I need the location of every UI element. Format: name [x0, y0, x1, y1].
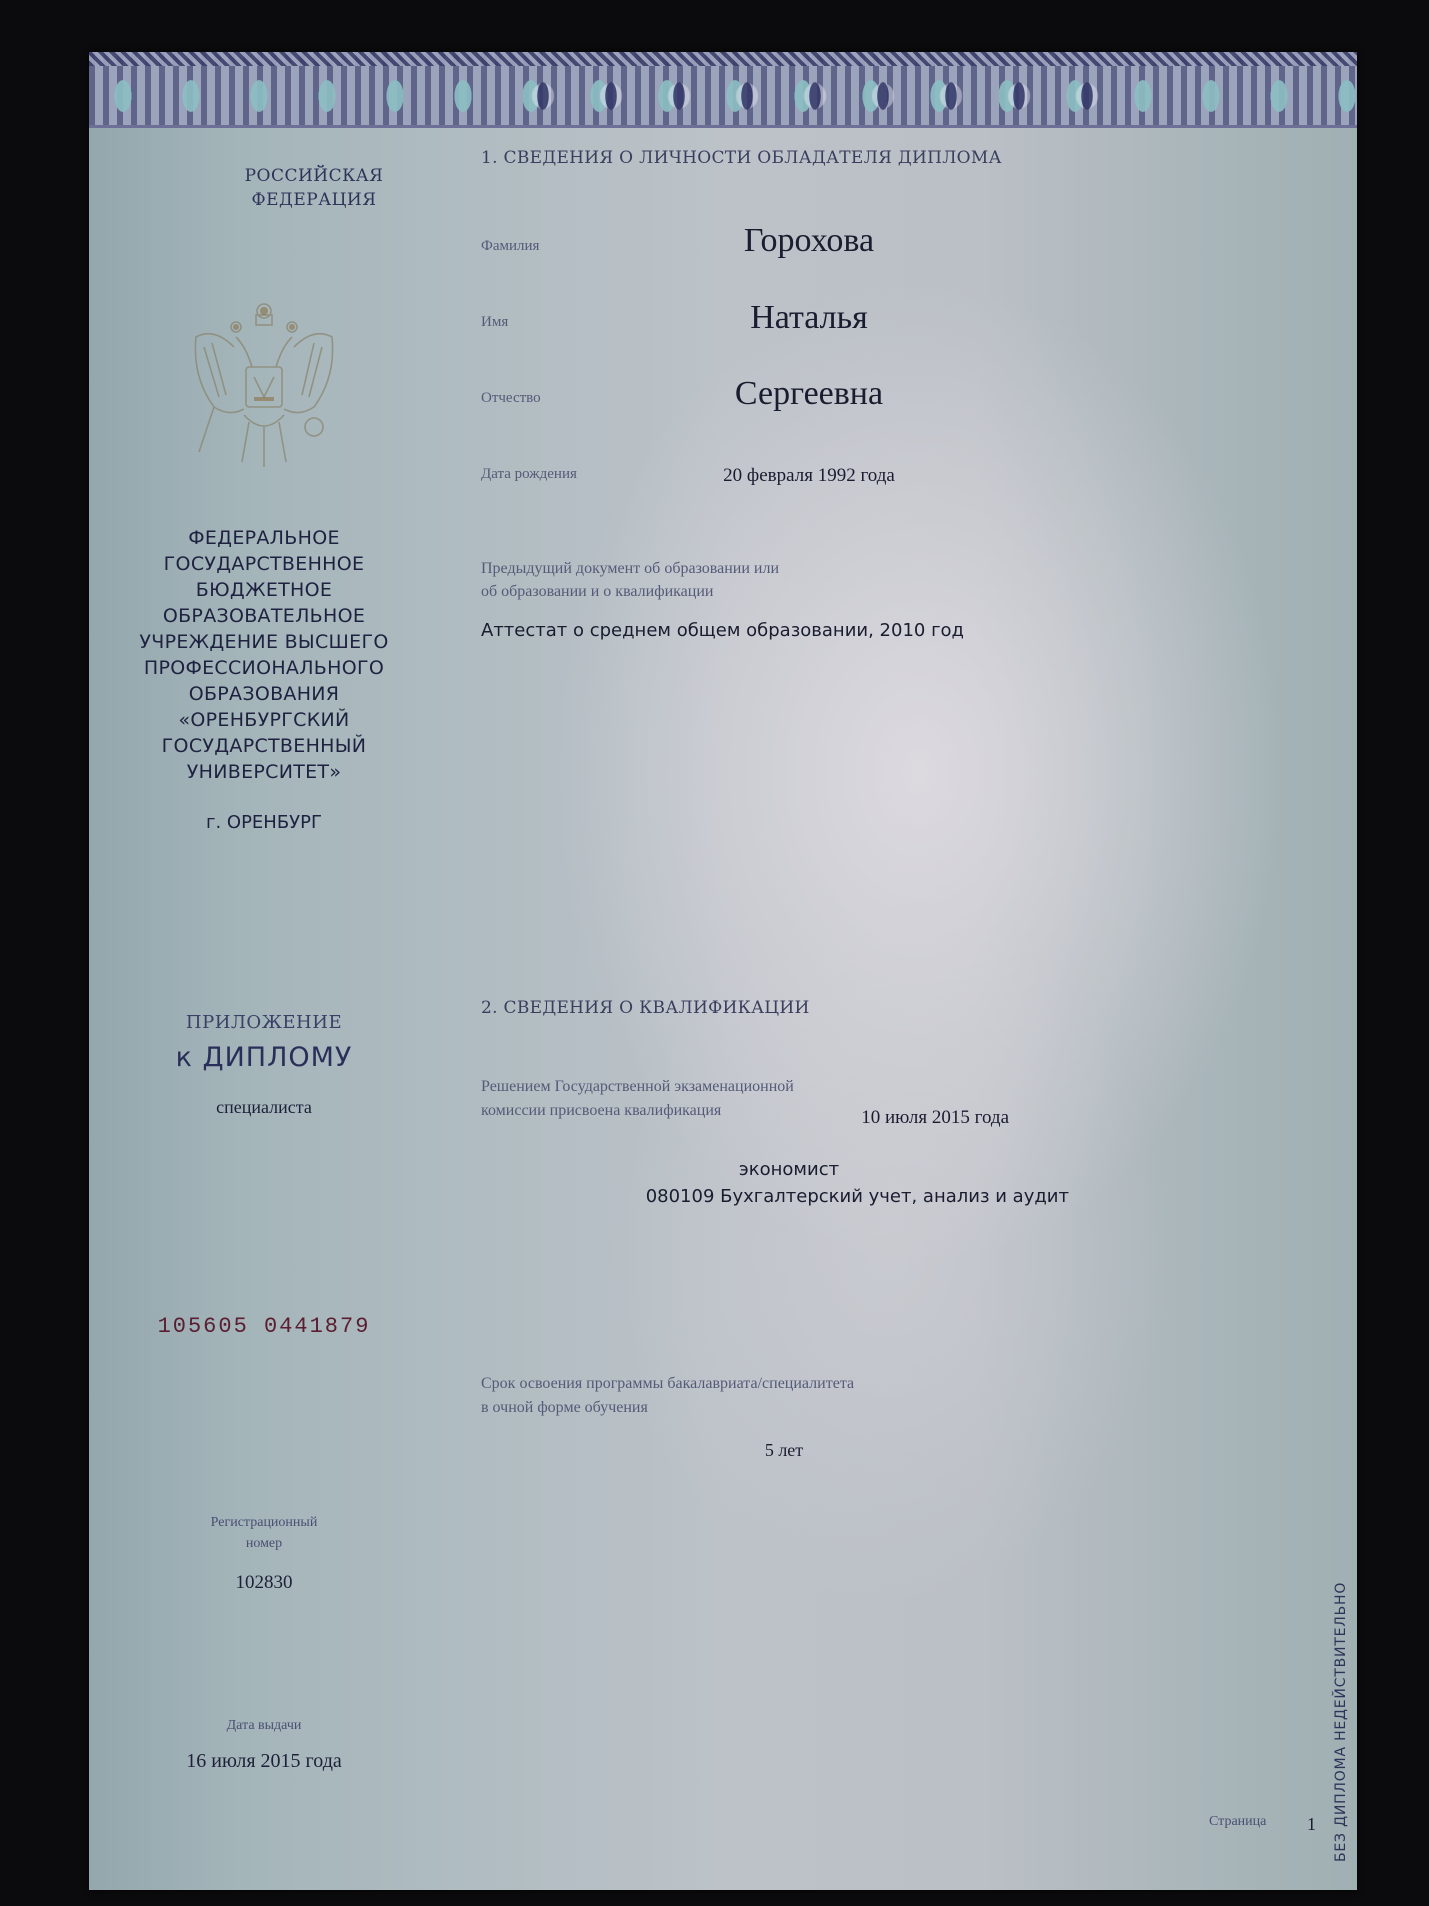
study-duration-label-line: в очной форме обучения — [481, 1396, 1001, 1420]
page-number: 1 — [1307, 1814, 1316, 1835]
institution-line: «ОРЕНБУРГСКИЙ — [109, 707, 419, 733]
study-duration-value: 5 лет — [609, 1440, 959, 1461]
decision-date: 10 июля 2015 года — [709, 1107, 1009, 1129]
birth-date-label: Дата рождения — [481, 466, 577, 483]
lace-pattern — [89, 52, 1357, 66]
birth-date-value: 20 февраля 1992 года — [609, 465, 1009, 487]
registration-number: 102830 — [129, 1572, 399, 1594]
previous-document-label-line: Предыдущий документ об образовании или — [481, 557, 931, 580]
page-label: Страница — [1209, 1814, 1266, 1830]
previous-document-value: Аттестат о среднем общем образовании, 20… — [481, 620, 964, 641]
registration-label-line: номер — [129, 1533, 399, 1554]
annex-title: ПРИЛОЖЕНИЕ — [129, 1012, 399, 1033]
specialty: 080109 Бухгалтерский учет, анализ и ауди… — [509, 1186, 1069, 1207]
country-line: РОССИЙСКАЯ — [189, 164, 439, 188]
institution-line: ОБРАЗОВАТЕЛЬНОЕ — [109, 603, 419, 629]
patronymic-value: Сергеевна — [609, 375, 1009, 413]
institution-line: УЧРЕЖДЕНИЕ ВЫСШЕГО — [109, 629, 419, 655]
registration-label: Регистрационный номер — [129, 1512, 399, 1554]
institution-line: ФЕДЕРАЛЬНОЕ — [109, 525, 419, 551]
institution-line: ГОСУДАРСТВЕННОЕ — [109, 551, 419, 577]
first-name-label: Имя — [481, 314, 508, 331]
country-title: РОССИЙСКАЯ ФЕДЕРАЦИЯ — [189, 164, 439, 212]
double-headed-eagle-emblem-icon — [174, 297, 354, 477]
institution-name: ФЕДЕРАЛЬНОЕ ГОСУДАРСТВЕННОЕ БЮДЖЕТНОЕ ОБ… — [109, 525, 419, 785]
issue-date: 16 июля 2015 года — [109, 1750, 419, 1773]
border-line — [89, 125, 1357, 128]
previous-document-label-line: об образовании и о квалификации — [481, 580, 931, 603]
decorative-border — [89, 52, 1357, 128]
qualification: экономист — [609, 1159, 969, 1180]
registration-label-line: Регистрационный — [129, 1512, 399, 1533]
institution-line: БЮДЖЕТНОЕ — [109, 577, 419, 603]
surname-value: Горохова — [609, 222, 1009, 260]
institution-line: ПРОФЕССИОНАЛЬНОГО — [109, 655, 419, 681]
annex-subtitle: к ДИПЛОМУ — [129, 1042, 399, 1073]
first-name-value: Наталья — [609, 299, 1009, 337]
decision-label-line: Решением Государственной экзаменационной — [481, 1075, 941, 1099]
surname-label: Фамилия — [481, 238, 539, 255]
institution-line: УНИВЕРСИТЕТ» — [109, 759, 419, 785]
validity-note: БЕЗ ДИПЛОМА НЕДЕЙСТВИТЕЛЬНО — [1333, 1522, 1357, 1862]
country-line: ФЕДЕРАЦИЯ — [189, 188, 439, 212]
issue-date-label: Дата выдачи — [129, 1718, 399, 1734]
serial-number: 105605 0441879 — [119, 1314, 409, 1339]
previous-document-label: Предыдущий документ об образовании или о… — [481, 557, 931, 603]
institution-line: ГОСУДАРСТВЕННЫЙ — [109, 733, 419, 759]
degree-level: специалиста — [129, 1097, 399, 1118]
study-duration-label: Срок освоения программы бакалавриата/спе… — [481, 1372, 1001, 1420]
patronymic-label: Отчество — [481, 390, 541, 407]
diploma-annex-page: РОССИЙСКАЯ ФЕДЕРАЦИЯ ФЕДЕРАЛЬНОЕ — [89, 52, 1357, 1890]
institution-line: ОБРАЗОВАНИЯ — [109, 681, 419, 707]
city: г. ОРЕНБУРГ — [109, 812, 419, 833]
section2-title: 2. СВЕДЕНИЯ О КВАЛИФИКАЦИИ — [481, 998, 810, 1018]
rosette-pattern — [509, 68, 1129, 124]
study-duration-label-line: Срок освоения программы бакалавриата/спе… — [481, 1372, 1001, 1396]
section1-title: 1. СВЕДЕНИЯ О ЛИЧНОСТИ ОБЛАДАТЕЛЯ ДИПЛОМ… — [481, 148, 1002, 168]
